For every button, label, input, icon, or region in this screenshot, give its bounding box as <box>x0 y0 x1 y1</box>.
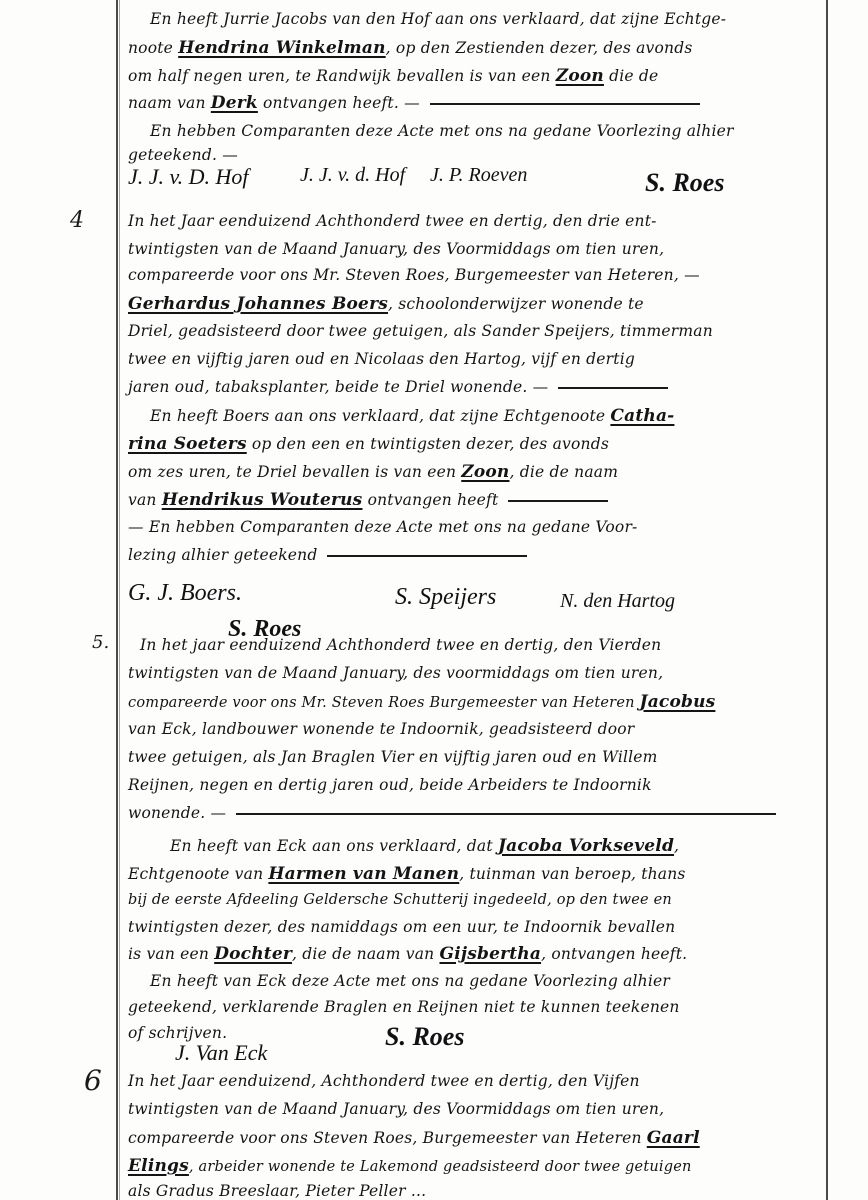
declarant-name: van Eck <box>128 720 192 738</box>
signature: J. J. v. D. Hof <box>128 164 249 190</box>
entry-number: 4 <box>70 208 84 233</box>
mother-name: Jacoba Vorkseveld <box>498 836 674 856</box>
text-line: En heeft Boers aan ons verklaard, dat zi… <box>150 406 674 426</box>
mother-name: Hendrina Winkelman <box>178 38 385 58</box>
text-line: noote Hendrina Winkelman, op den Zestien… <box>128 38 693 58</box>
text-line: om half negen uren, te Randwijk bevallen… <box>128 66 658 86</box>
text-line: Echtgenoote van Harmen van Manen, tuinma… <box>128 864 686 884</box>
text-line: En hebben Comparanten deze Acte met ons … <box>150 122 734 140</box>
text-line: En heeft van Eck deze Acte met ons na ge… <box>150 972 670 990</box>
text-line: als Gradus Breeslaar, Pieter Peller ... <box>128 1182 426 1200</box>
text-line: compareerde voor ons Steven Roes, Burgem… <box>128 1128 700 1148</box>
signature: J. J. v. d. Hof <box>300 164 405 187</box>
signature: J. Van Eck <box>175 1040 267 1066</box>
text-line: om zes uren, te Driel bevallen is van ee… <box>128 462 618 482</box>
text-line: twee en vijftig jaren oud en Nicolaas de… <box>128 350 635 368</box>
text-line: — En hebben Comparanten deze Acte met on… <box>128 518 638 536</box>
declarant-name: Gerhardus Johannes Boers <box>128 294 388 314</box>
text-line: compareerde voor ons Mr. Steven Roes, Bu… <box>128 266 700 284</box>
text-line: bij de eerste Afdeeling Geldersche Schut… <box>128 892 672 908</box>
text-line: wonende. — <box>128 804 776 822</box>
register-page: En heeft Jurrie Jacobs van den Hof aan o… <box>0 0 868 1200</box>
declarant-name: Elings <box>128 1156 189 1176</box>
text-line: geteekend. — <box>128 146 238 164</box>
signature: N. den Hartog <box>560 590 675 613</box>
text-line: En heeft van Eck aan ons verklaard, dat … <box>170 836 679 856</box>
father-name: Harmen van Manen <box>268 864 459 884</box>
mother-name: rina Soeters <box>128 434 247 454</box>
text-line: En heeft Jurrie Jacobs van den Hof aan o… <box>150 10 726 28</box>
left-margin-rule-inner <box>119 0 120 1200</box>
text-line: is van een Dochter, die de naam van Gijs… <box>128 944 687 964</box>
right-margin-rule <box>826 0 828 1200</box>
text-line: Reijnen, negen en dertig jaren oud, beid… <box>128 776 652 794</box>
entry-number: 5. <box>92 632 109 653</box>
text-line: twintigsten van de Maand January, des Vo… <box>128 1100 664 1118</box>
declarant-name: Jacobus <box>639 692 715 712</box>
text-line: compareerde voor ons Mr. Steven Roes Bur… <box>128 692 715 712</box>
child-name: Gijsbertha <box>439 944 541 964</box>
text-line: Elings, arbeider wonende te Lakemond gea… <box>128 1156 692 1176</box>
text-line: Gerhardus Johannes Boers, schoolonderwij… <box>128 294 644 314</box>
child-sex: Dochter <box>214 944 292 964</box>
mother-name: Catha- <box>610 406 674 426</box>
signature: S. Speijers <box>395 584 496 611</box>
text-line: van Hendrikus Wouterus ontvangen heeft <box>128 490 608 510</box>
signature-mayor: S. Roes <box>645 168 724 198</box>
text-line: twintigsten van de Maand January, des vo… <box>128 664 663 682</box>
text-line: rina Soeters op den een en twintigsten d… <box>128 434 609 454</box>
signature: G. J. Boers. <box>128 580 242 607</box>
text-line: In het Jaar eenduizend Achthonderd twee … <box>128 212 657 230</box>
text-line: Driel, geadsisteerd door twee getuigen, … <box>128 322 713 340</box>
text-line: twintigsten dezer, des namiddags om een … <box>128 918 675 936</box>
text-line: van Eck, landbouwer wonende te Indoornik… <box>128 720 634 738</box>
text-line: jaren oud, tabaksplanter, beide te Driel… <box>128 378 668 396</box>
text-line: lezing alhier geteekend <box>128 546 527 564</box>
child-name: Hendrikus Wouterus <box>162 490 363 510</box>
child-sex: Zoon <box>556 66 604 86</box>
text-line: In het Jaar eenduizend, Achthonderd twee… <box>128 1072 640 1090</box>
text-line: twintigsten van de Maand January, des Vo… <box>128 240 664 258</box>
signature-mayor: S. Roes <box>385 1022 464 1052</box>
declarant-name: Gaarl <box>647 1128 700 1148</box>
child-name: Derk <box>211 93 258 113</box>
child-sex: Zoon <box>461 462 509 482</box>
left-margin-rule <box>116 0 118 1200</box>
signature: J. P. Roeven <box>430 164 527 187</box>
text-line: twee getuigen, als Jan Braglen Vier en v… <box>128 748 658 766</box>
entry-number: 6 <box>84 1064 102 1097</box>
text-line: In het jaar eenduizend Achthonderd twee … <box>140 636 661 654</box>
text-line: naam van Derk ontvangen heeft. — <box>128 93 700 113</box>
text-line: geteekend, verklarende Braglen en Reijne… <box>128 998 680 1016</box>
